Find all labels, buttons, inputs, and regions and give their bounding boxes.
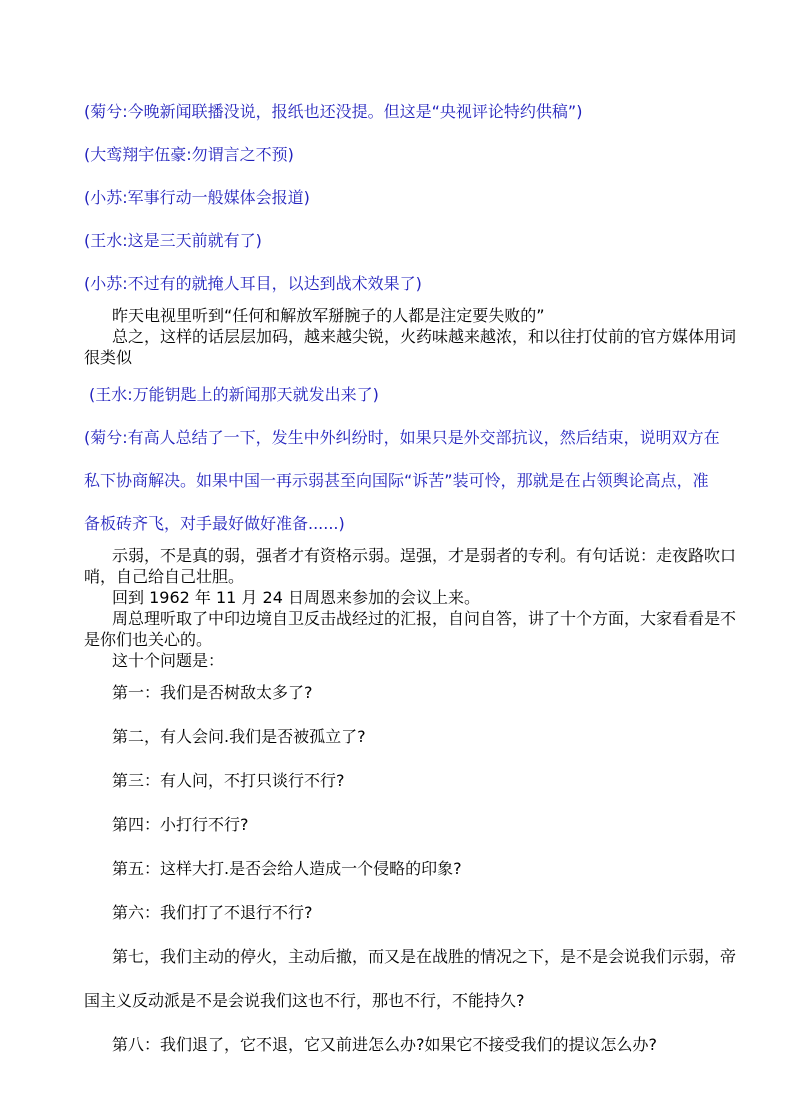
body-paragraph: 周总理听取了中印边境自卫反击战经过的汇报，自问自答，讲了十个方面，大家看看是不 … <box>84 608 744 650</box>
question-item-7: 第七，我们主动的停火，主动后撤，而又是在战胜的情况之下，是不是会说我们示弱，帝 … <box>84 935 744 1023</box>
question-item-4: 第四：小打行不行? <box>84 803 744 847</box>
comment-line: (小苏:军事行动一般媒体会报道) <box>84 176 744 219</box>
comment-line: (王水:万能钥匙上的新闻那天就发出来了) <box>84 373 744 416</box>
question-item-8: 第八：我们退了，它不退，它又前进怎么办?如果它不接受我们的提议怎么办? <box>84 1023 744 1067</box>
question-item-2: 第二，有人会问.我们是否被孤立了? <box>84 715 744 759</box>
body-paragraph: 回到 1962 年 11 月 24 日周恩来参加的会议上来。 <box>84 587 744 608</box>
body-paragraph: 示弱，不是真的弱，强者才有资格示弱。逞强，才是弱者的专利。有句话说：走夜路吹口 … <box>84 545 744 587</box>
document-page: (菊兮:今晚新闻联播没说，报纸也还没提。但这是“央视评论特约供稿”) (大鸾翔宇… <box>0 0 800 1100</box>
comment-line: (小苏:不过有的就掩人耳目，以达到战术效果了) <box>84 262 744 305</box>
question-item-6: 第六：我们打了不退行不行? <box>84 891 744 935</box>
comment-line: (大鸾翔宇伍豪:勿谓言之不预) <box>84 133 744 176</box>
comment-line: (王水:这是三天前就有了) <box>84 219 744 262</box>
comment-paragraph: (菊兮:有高人总结了一下，发生中外纠纷时，如果只是外交部抗议，然后结束，说明双方… <box>84 416 744 545</box>
body-paragraph: 这十个问题是： <box>84 650 744 671</box>
body-paragraph: 昨天电视里听到“任何和解放军掰腕子的人都是注定要失败的” <box>84 305 744 326</box>
comment-line: (菊兮:今晚新闻联播没说，报纸也还没提。但这是“央视评论特约供稿”) <box>84 90 744 133</box>
body-paragraph: 总之，这样的话层层加码，越来越尖锐，火药味越来越浓，和以往打仗前的官方媒体用词 … <box>84 326 744 368</box>
question-item-5: 第五：这样大打.是否会给人造成一个侵略的印象? <box>84 847 744 891</box>
question-item-3: 第三：有人问，不打只谈行不行? <box>84 759 744 803</box>
question-item-1: 第一：我们是否树敌太多了? <box>84 671 744 715</box>
